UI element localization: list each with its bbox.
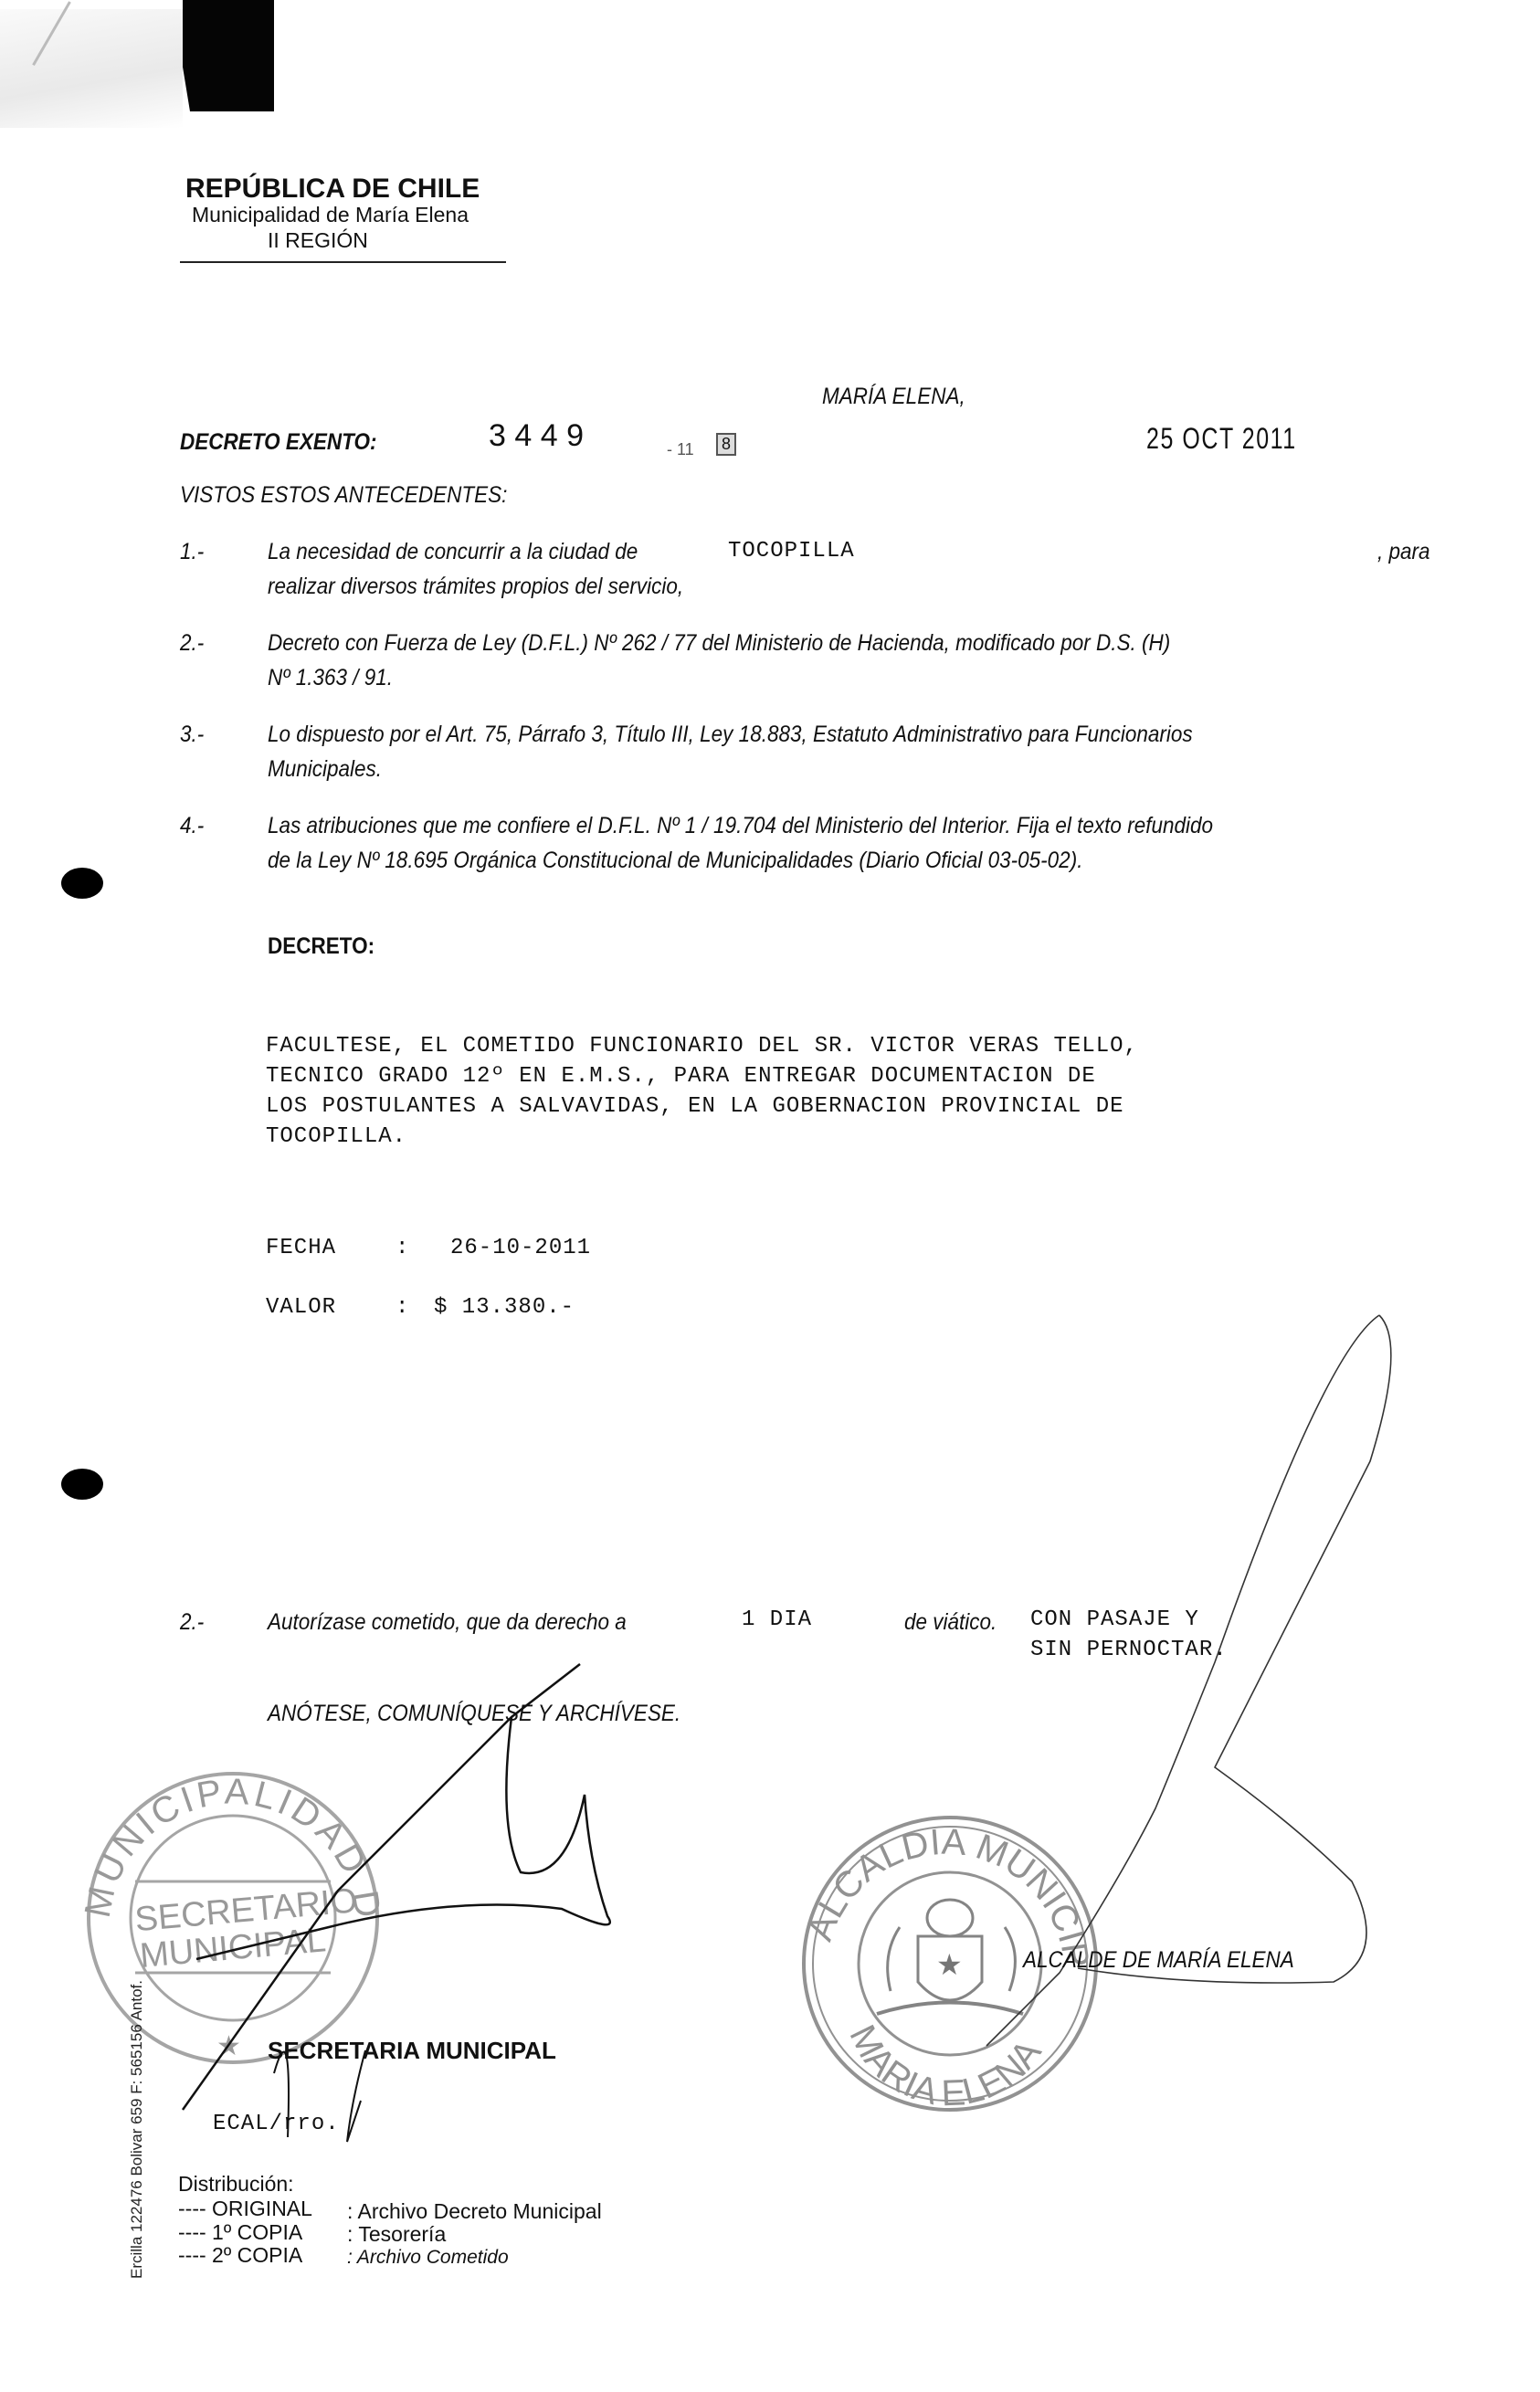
svg-text:MARIA ELENA: MARIA ELENA: [841, 2019, 1049, 2114]
printer-imprint: Ercilla 122476 Bolivar 659 F: 565156 Ant…: [128, 1980, 146, 2279]
svg-text:ALCALDIA MUNICIPAL: ALCALDIA MUNICIPAL: [0, 0, 1096, 1968]
secretary-stamp: MUNICIPALIDAD DE MARIA ELENA SECRETARIO …: [0, 0, 388, 2062]
distribution-copy: ---- 1º COPIA: [178, 2220, 302, 2245]
svg-text:★: ★: [936, 1948, 963, 1981]
distribution-dest: : Archivo Decreto Municipal: [347, 2199, 602, 2224]
mayor-signature: [986, 1315, 1391, 2046]
distribution-dest: : Archivo Cometido: [347, 2247, 509, 2269]
svg-text:MUNICIPALIDAD DE MARIA ELENA: MUNICIPALIDAD DE MARIA ELENA: [0, 0, 388, 1923]
distribution-dest: : Tesorería: [347, 2222, 446, 2247]
distribution-copy: ---- 2º COPIA: [178, 2243, 302, 2268]
secretary-title: SECRETARIA MUNICIPAL: [268, 2037, 556, 2065]
stamps-and-signatures: MUNICIPALIDAD DE MARIA ELENA SECRETARIO …: [0, 0, 1540, 2392]
distribution-heading: Distribución:: [178, 2172, 294, 2197]
distribution-copy: ---- ORIGINAL: [178, 2197, 312, 2221]
mayor-title: ALCALDE DE MARÍA ELENA: [1023, 1947, 1294, 1974]
initials: ECAL/rro.: [213, 2112, 340, 2136]
